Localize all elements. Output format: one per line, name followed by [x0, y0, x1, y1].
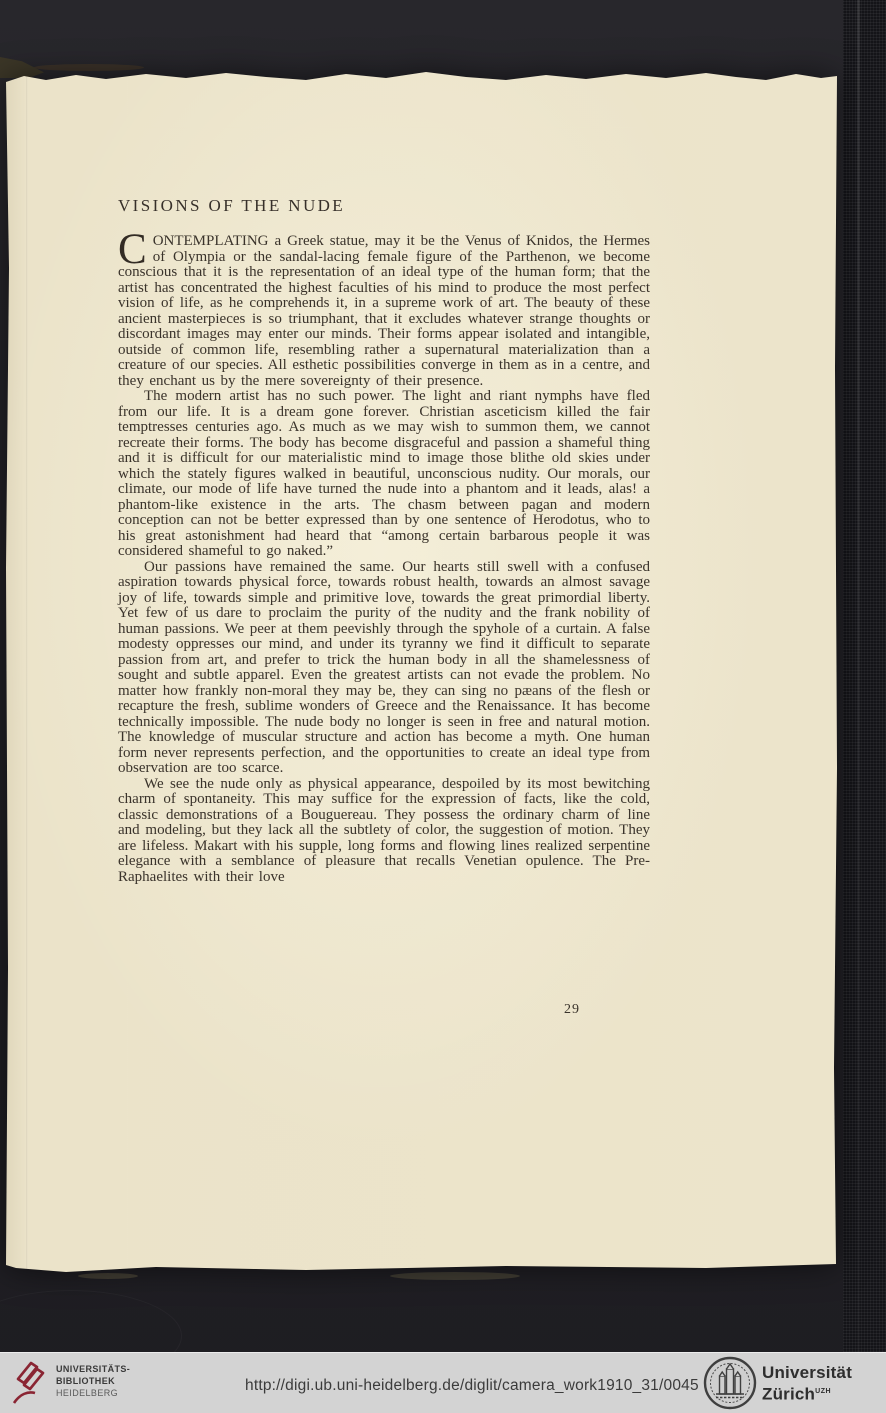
uzh-line1: Universität	[762, 1363, 852, 1382]
heidelberg-library-label: UNIVERSITÄTS- BIBLIOTHEK HEIDELBERG	[56, 1363, 130, 1399]
uzh-university-label: Universität ZürichUZH	[762, 1363, 852, 1404]
heidelberg-line2: BIBLIOTHEK	[56, 1375, 130, 1387]
paragraph: The modern artist has no such power. The…	[118, 389, 650, 560]
lead-word: ONTEMPLATING	[153, 233, 269, 249]
drop-cap: C	[118, 234, 153, 265]
paper-fold-line	[26, 68, 28, 1272]
paragraph: We see the nude only as physical appeara…	[118, 777, 650, 886]
heidelberg-line1: UNIVERSITÄTS-	[56, 1363, 130, 1375]
body-text: CONTEMPLATING a Greek statue, may it be …	[118, 234, 650, 885]
paper-sheet: VISIONS OF THE NUDE CONTEMPLATING a Gree…	[6, 68, 837, 1272]
uzh-seal-icon	[703, 1356, 757, 1413]
paper-edge-smudge	[390, 1272, 520, 1280]
heidelberg-line3: HEIDELBERG	[56, 1387, 130, 1399]
book-cover-cloth-strip	[843, 0, 886, 1352]
cloth-fold-highlight	[857, 0, 860, 1352]
paragraph: CONTEMPLATING a Greek statue, may it be …	[118, 234, 650, 389]
book-scan-viewer: VISIONS OF THE NUDE CONTEMPLATING a Gree…	[0, 0, 886, 1413]
paper-edge-smudge	[78, 1273, 138, 1279]
heidelberg-book-icon	[11, 1358, 53, 1413]
page-title: VISIONS OF THE NUDE	[118, 196, 345, 216]
paragraph: Our passions have remained the same. Our…	[118, 560, 650, 777]
scanned-page: VISIONS OF THE NUDE CONTEMPLATING a Gree…	[6, 68, 837, 1272]
paragraph-text: a Greek statue, may it be the Venus of K…	[118, 233, 650, 389]
uzh-superscript: UZH	[815, 1388, 831, 1395]
page-number: 29	[564, 1002, 580, 1018]
uzh-line2: ZürichUZH	[762, 1382, 852, 1404]
digitization-url: http://digi.ub.uni-heidelberg.de/diglit/…	[245, 1377, 699, 1395]
